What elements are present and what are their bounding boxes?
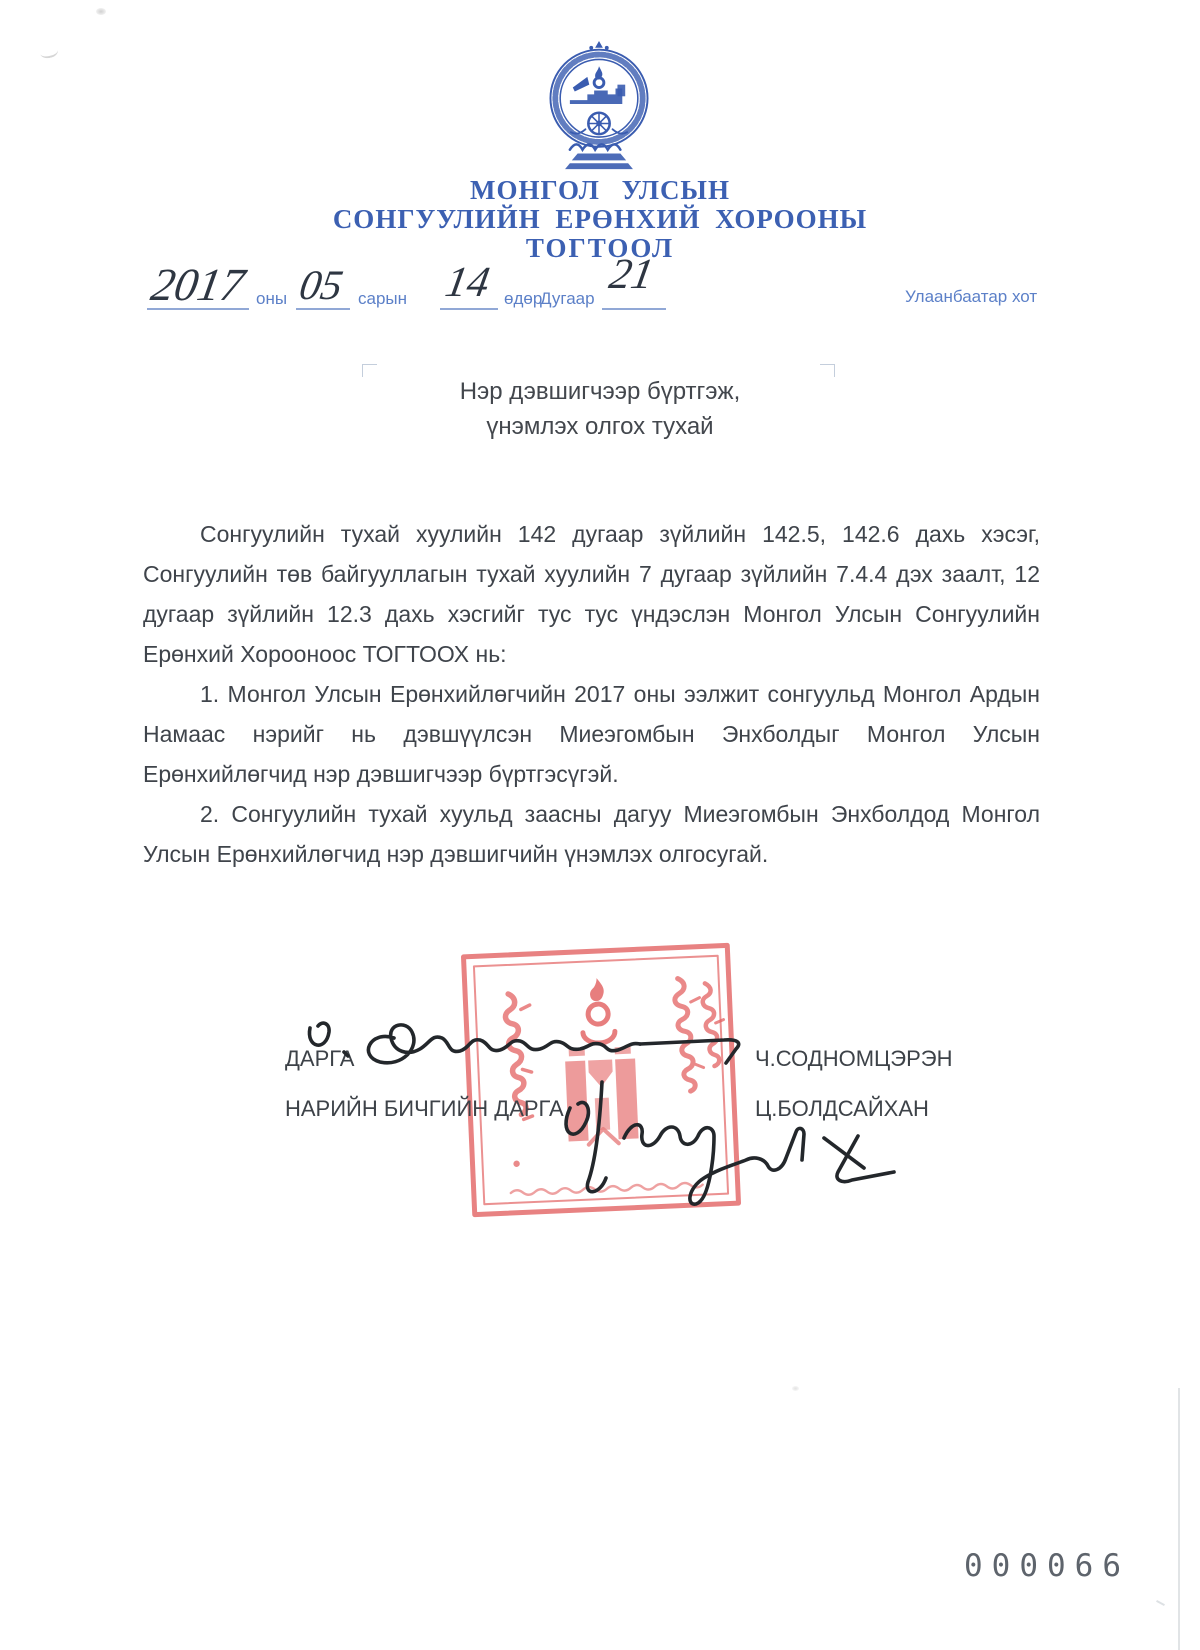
document-page: МОНГОЛ УЛСЫН СОНГУУЛИЙН ЕРӨНХИЙ ХОРООНЫ …	[0, 0, 1200, 1650]
emblem-windhorse	[570, 66, 625, 104]
mongolia-state-emblem-icon	[540, 40, 658, 172]
resolution-body: Сонгуулийн тухай хуулийн 142 дугаар зүйл…	[143, 514, 1040, 874]
city-label: Улаанбаатар хот	[905, 287, 1037, 307]
day-underline	[440, 308, 498, 310]
emblem-top-jewels	[589, 41, 608, 50]
subject-line2: үнэмлэх олгох тухай	[0, 409, 1200, 444]
scan-speck	[96, 8, 106, 15]
org-name-line2: СОНГУУЛИЙН ЕРӨНХИЙ ХОРООНЫ	[0, 205, 1200, 234]
signature-role-secretary: НАРИЙН БИЧГИЙН ДАРГА	[285, 1096, 564, 1122]
scan-speck	[792, 1386, 799, 1391]
scan-speck	[1156, 1600, 1165, 1606]
paragraph-preamble: Сонгуулийн тухай хуулийн 142 дугаар зүйл…	[143, 514, 1040, 674]
scan-speck	[39, 44, 59, 59]
month-label: сарын	[358, 289, 407, 309]
serial-number: 000066	[964, 1548, 1130, 1584]
org-name-block: МОНГОЛ УЛСЫН СОНГУУЛИЙН ЕРӨНХИЙ ХОРООНЫ …	[0, 176, 1200, 263]
handwritten-month: 05	[296, 262, 346, 310]
subject-line1: Нэр дэвшигчээр бүртгэж,	[0, 374, 1200, 409]
number-label: Дугаар	[540, 289, 595, 309]
page-edge-line	[1178, 1388, 1180, 1650]
handwritten-year: 2017	[147, 258, 248, 311]
document-subject: Нэр дэвшигчээр бүртгэж, үнэмлэх олгох ту…	[0, 374, 1200, 444]
year-label: оны	[256, 289, 287, 309]
number-underline	[602, 308, 666, 310]
emblem-lotus-base	[565, 144, 633, 169]
handwritten-number: 21	[606, 250, 658, 299]
org-name-line1: МОНГОЛ УЛСЫН	[0, 176, 1200, 205]
day-label: өдөр	[504, 289, 542, 309]
paragraph-item-2: 2. Сонгуулийн тухай хуульд заасны дагуу …	[143, 794, 1040, 874]
paragraph-item-1: 1. Монгол Улсын Ерөнхийлөгчийн 2017 оны …	[143, 674, 1040, 794]
secretary-signature	[540, 1066, 932, 1222]
handwritten-day: 14	[442, 258, 494, 307]
